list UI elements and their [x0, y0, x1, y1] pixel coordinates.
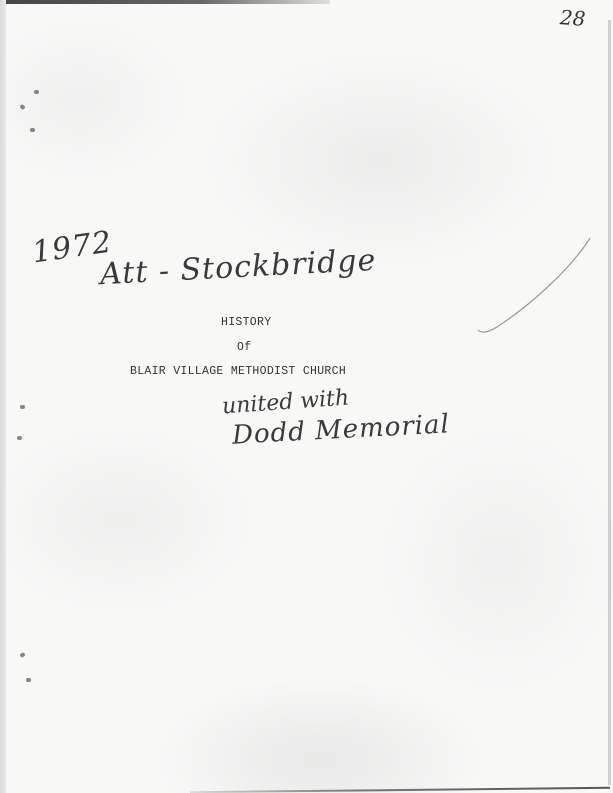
staple-mark-icon: [34, 90, 39, 94]
document-page: 28 1972 Att - Stockbridge HISTORY Of BLA…: [0, 0, 613, 793]
scan-top-edge: [0, 0, 330, 4]
page-number: 28: [559, 5, 586, 31]
scan-left-edge: [0, 0, 6, 793]
handwritten-note-line1: united with: [221, 386, 350, 420]
staple-mark-icon: [17, 436, 22, 440]
title-of: Of: [237, 341, 251, 354]
staple-mark-icon: [19, 104, 25, 110]
staple-mark-icon: [26, 678, 31, 682]
scan-bottom-edge: [190, 787, 610, 793]
title-church-name: BLAIR VILLAGE METHODIST CHURCH: [130, 365, 346, 378]
staple-mark-icon: [19, 652, 25, 658]
scan-right-edge: [608, 20, 611, 785]
staple-mark-icon: [20, 405, 25, 409]
pencil-stroke: [460, 230, 600, 340]
handwritten-attribution: Att - Stockbridge: [99, 243, 377, 292]
title-history: HISTORY: [221, 316, 271, 329]
staple-mark-icon: [30, 128, 35, 132]
